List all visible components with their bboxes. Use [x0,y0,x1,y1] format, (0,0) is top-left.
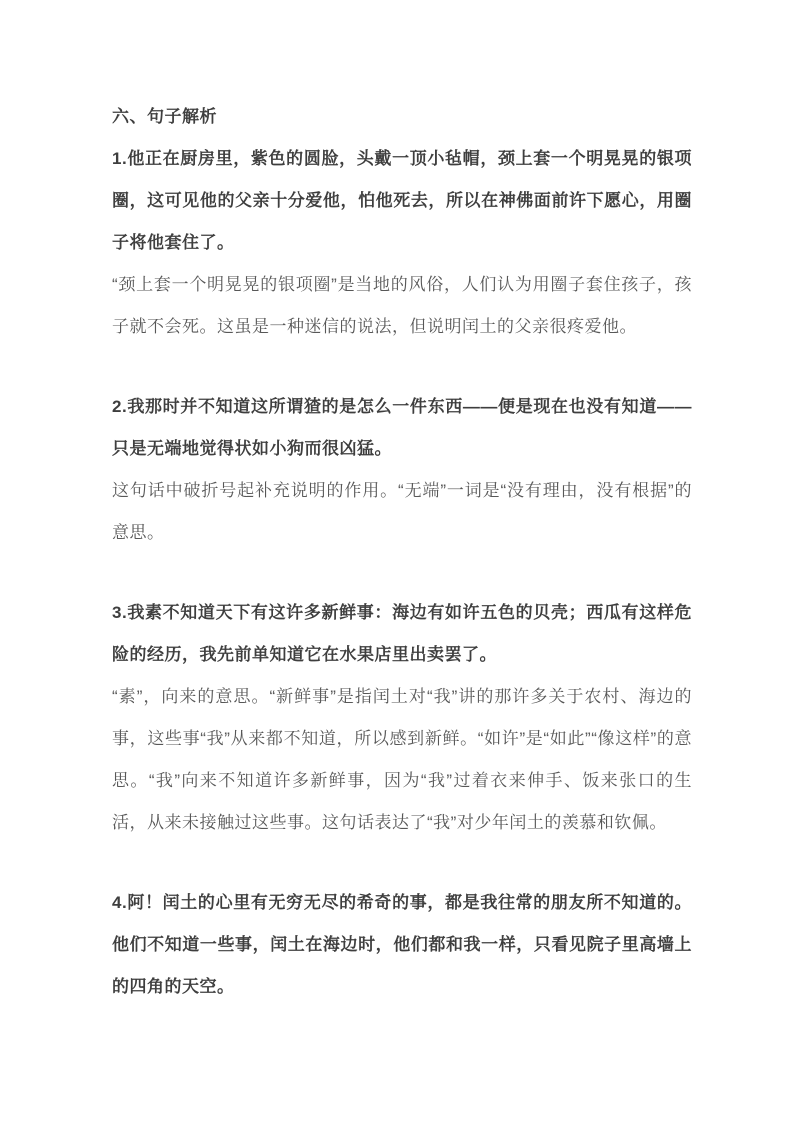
sentence-analysis-block-4: 4.阿！闰土的心里有无穷无尽的希奇的事，都是我往常的朋友所不知道的。他们不知道一… [112,882,692,1008]
document-page: 六、句子解析 1.他正在厨房里，紫色的圆脸，头戴一顶小毡帽，颈上套一个明晃晃的银… [0,0,793,1122]
section-heading: 六、句子解析 [112,96,692,138]
analysis-3: “素”，向来的意思。“新鲜事”是指闰土对“我”讲的那许多关于农村、海边的事，这些… [112,676,692,844]
sentence-1: 1.他正在厨房里，紫色的圆脸，头戴一顶小毡帽，颈上套一个明晃晃的银项圈，这可见他… [112,138,692,264]
analysis-1: “颈上套一个明晃晃的银项圈”是当地的风俗，人们认为用圈子套住孩子，孩子就不会死。… [112,264,692,348]
sentence-analysis-block-2: 2.我那时并不知道这所谓猹的是怎么一件东西——便是现在也没有知道——只是无端地觉… [112,386,692,554]
sentence-3: 3.我素不知道天下有这许多新鲜事：海边有如许五色的贝壳；西瓜有这样危险的经历，我… [112,592,692,676]
sentence-analysis-block-3: 3.我素不知道天下有这许多新鲜事：海边有如许五色的贝壳；西瓜有这样危险的经历，我… [112,592,692,844]
sentence-analysis-block-1: 1.他正在厨房里，紫色的圆脸，头戴一顶小毡帽，颈上套一个明晃晃的银项圈，这可见他… [112,138,692,348]
sentence-2: 2.我那时并不知道这所谓猹的是怎么一件东西——便是现在也没有知道——只是无端地觉… [112,386,692,470]
page-content: 六、句子解析 1.他正在厨房里，紫色的圆脸，头戴一顶小毡帽，颈上套一个明晃晃的银… [112,96,692,1008]
sentence-4: 4.阿！闰土的心里有无穷无尽的希奇的事，都是我往常的朋友所不知道的。他们不知道一… [112,882,692,1008]
analysis-2: 这句话中破折号起补充说明的作用。“无端”一词是“没有理由，没有根据”的意思。 [112,470,692,554]
